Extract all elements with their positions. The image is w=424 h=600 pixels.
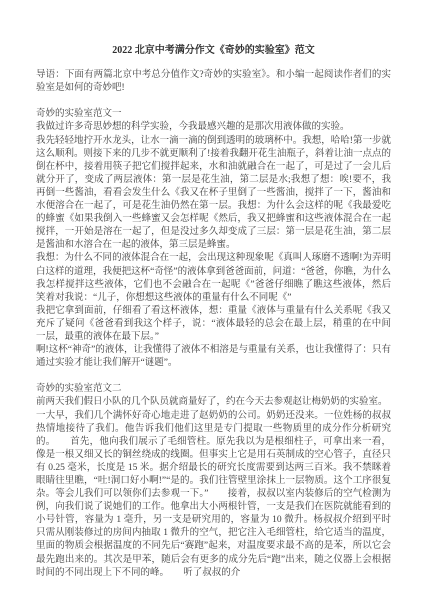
section-essay-2: 奇妙的实验室范文二 前两天我们假日小队的几个队员就商量好了，约在今天去参观赵让梅… (36, 383, 391, 579)
section-1-paragraph-3: 我想：为什么不同的液体混合在一起，会出现这种现象呢《真叫人琢磨不透啊!为弄明白这… (36, 252, 391, 304)
section-1-paragraph-4: 我把它拿到面前，仔细看了看这杯液体，想：重量《液体与重量有什么关系呢《我又充斥了… (36, 305, 391, 344)
section-1-paragraph-5: 啊!这杯“神奇”的液体，让我懂得了液体不相溶是与重量有关系，也让我懂得了：只有通… (36, 344, 391, 370)
document-page: 2022 北京中考满分作文《奇妙的实验室》范文 导语：下面有两篇北京中考总分值作… (0, 0, 424, 600)
section-1-heading: 奇妙的实验室范文一 (36, 108, 391, 121)
section-1-paragraph-2: 我先轻轻地拧开水龙头，让水一滴一滴的倒到透明的玻璃杯中。我想，哈哈!第一步就这么… (36, 135, 391, 253)
section-1-paragraph-1: 我做过许多奇思妙想的科学实验，今我最感兴趣的是那次用液体做的实验。 (36, 121, 391, 134)
section-2-heading: 奇妙的实验室范文二 (36, 383, 391, 396)
page-title: 2022 北京中考满分作文《奇妙的实验室》范文 (36, 44, 391, 57)
section-essay-1: 奇妙的实验室范文一 我做过许多奇思妙想的科学实验，今我最感兴趣的是那次用液体做的… (36, 108, 391, 370)
section-2-paragraph-2: 一大早，我们几个满怀好奇心地走进了赵奶奶的公司。奶奶还没来。一位姓杨的叔叔热情地… (36, 410, 391, 580)
section-2-paragraph-1: 前两天我们假日小队的几个队员就商量好了，约在今天去参观赵让梅奶奶的实验室。 (36, 396, 391, 409)
intro-text: 导语：下面有两篇北京中考总分值作文?奇妙的实验室》。和小编一起阅读作者们的实验室… (36, 69, 391, 95)
